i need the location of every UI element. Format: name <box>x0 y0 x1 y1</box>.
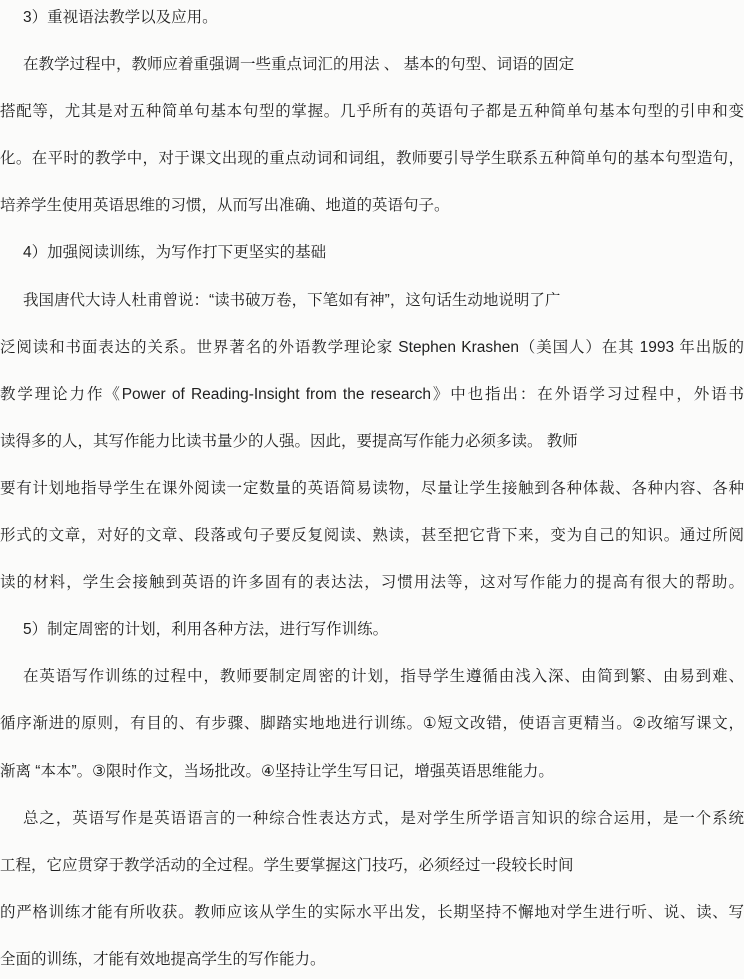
text-line: 形式的文章，对好的文章、段落或句子要反复阅读、熟读，甚至把它背下来，变为自己的知… <box>0 512 744 559</box>
text-line: 要有计划地指导学生在课外阅读一定数量的英语简易读物，尽量让学生接触到各种体裁、各… <box>0 465 744 512</box>
text-line: 全面的训练，才能有效地提高学生的写作能力。 <box>0 936 744 979</box>
text-line: 5）制定周密的计划，利用各种方法，进行写作训练。 <box>0 606 744 653</box>
text-line: 泛阅读和书面表达的关系。世界著名的外语教学理论家 Stephen Krashen… <box>0 324 744 371</box>
text-line: 教学理论力作《Power of Reading-Insight from the… <box>0 371 744 418</box>
text-line: 的严格训练才能有所收获。教师应该从学生的实际水平出发，长期坚持不懈地对学生进行听… <box>0 889 744 936</box>
text-line: 读的材料，学生会接触到英语的许多固有的表达法，习惯用法等，这对写作能力的提高有很… <box>0 559 744 606</box>
text-line: 化。在平时的教学中，对于课文出现的重点动词和词组，教师要引导学生联系五种简单句的… <box>0 135 744 182</box>
text-line: 工程，它应贯穿于教学活动的全过程。学生要掌握这门技巧，必须经过一段较长时间 <box>0 842 744 889</box>
text-line: 总之，英语写作是英语语言的一种综合性表达方式，是对学生所学语言知识的综合运用，是… <box>0 795 744 842</box>
text-line: 渐离 “本本”。③限时作文，当场批改。④坚持让学生写日记，增强英语思维能力。 <box>0 748 744 795</box>
text-line: 4）加强阅读训练，为写作打下更坚实的基础 <box>0 229 744 276</box>
text-line: 在英语写作训练的过程中，教师要制定周密的计划，指导学生遵循由浅入深、由简到繁、由… <box>0 653 744 700</box>
text-line: 3）重视语法教学以及应用。 <box>0 0 744 41</box>
text-line: 培养学生使用英语思维的习惯，从而写出准确、地道的英语句子。 <box>0 182 744 229</box>
text-line: 搭配等，尤其是对五种简单句基本句型的掌握。几乎所有的英语句子都是五种简单句基本句… <box>0 88 744 135</box>
text-line: 在教学过程中，教师应着重强调一些重点词汇的用法 、 基本的句型、词语的固定 <box>0 41 744 88</box>
text-line: 读得多的人，其写作能力比读书量少的人强。因此，要提高写作能力必须多读。 教师 <box>0 418 744 465</box>
text-line: 我国唐代大诗人杜甫曾说：“读书破万卷，下笔如有神”，这句话生动地说明了广 <box>0 277 744 324</box>
document-page: 3）重视语法教学以及应用。在教学过程中，教师应着重强调一些重点词汇的用法 、 基… <box>0 0 744 973</box>
text-line: 循序渐进的原则，有目的、有步骤、脚踏实地地进行训练。①短文改错，使语言更精当。②… <box>0 700 744 747</box>
